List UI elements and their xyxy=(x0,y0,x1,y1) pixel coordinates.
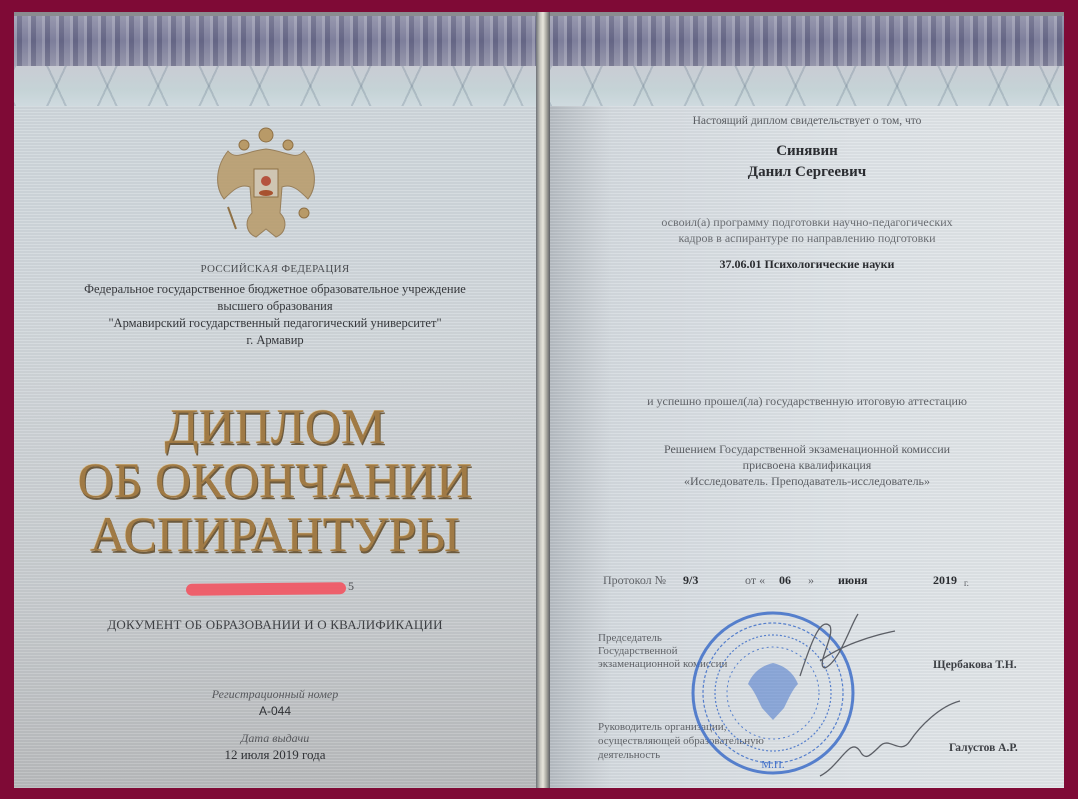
protocol-year: 2019 xyxy=(933,573,957,588)
program-text: освоил(а) программу подготовки научно-пе… xyxy=(550,215,1064,230)
protocol-from-label: от « xyxy=(745,573,765,588)
serial-number-tail: 5 xyxy=(348,579,354,594)
protocol-label: Протокол № xyxy=(603,573,666,588)
coat-of-arms-icon xyxy=(206,121,326,246)
chairman-title: Председатель xyxy=(598,632,662,645)
institution-line: "Армавирский государственный педагогичес… xyxy=(14,316,536,331)
diploma-title-line: ОБ ОКОНЧАНИИ xyxy=(14,452,536,508)
institution-line: Федеральное государственное бюджетное об… xyxy=(14,282,536,297)
issue-date: 12 июля 2019 года xyxy=(14,747,536,763)
institution-line: высшего образования xyxy=(14,299,536,314)
chairman-title: Государственной xyxy=(598,645,678,658)
registration-label: Регистрационный номер xyxy=(14,687,536,702)
diploma-photo: РОССИЙСКАЯ ФЕДЕРАЦИЯ Федеральное государ… xyxy=(14,12,1064,788)
decorative-guilloche xyxy=(14,66,536,106)
protocol-day-close: » xyxy=(808,573,814,588)
diploma-title-line: АСПИРАНТУРЫ xyxy=(14,506,536,562)
protocol-year-suffix: г. xyxy=(964,578,969,588)
intro-text: Настоящий диплом свидетельствует о том, … xyxy=(550,115,1064,127)
chairman-name: Щербакова Т.Н. xyxy=(933,659,1017,671)
diploma-left-page: РОССИЙСКАЯ ФЕДЕРАЦИЯ Федеральное государ… xyxy=(14,16,536,788)
book-spine xyxy=(536,12,550,788)
issue-date-label: Дата выдачи xyxy=(14,731,536,746)
qualification: «Исследователь. Преподаватель-исследоват… xyxy=(550,474,1064,489)
decision-text: Решением Государственной экзаменационной… xyxy=(550,442,1064,457)
specialty: 37.06.01 Психологические науки xyxy=(550,257,1064,272)
decision-text: присвоена квалификация xyxy=(550,458,1064,473)
head-signature-icon xyxy=(810,696,970,786)
head-title: деятельность xyxy=(598,749,660,762)
document-type: ДОКУМЕНТ ОБ ОБРАЗОВАНИИ И О КВАЛИФИКАЦИИ xyxy=(14,617,536,633)
protocol-number: 9/3 xyxy=(683,573,698,588)
attestation-text: и успешно прошел(ла) государственную ито… xyxy=(550,394,1064,409)
svg-text:М.П.: М.П. xyxy=(761,759,784,771)
graduate-surname: Синявин xyxy=(550,143,1064,160)
diploma-title-line: ДИПЛОМ xyxy=(14,398,536,454)
protocol-day: 06 xyxy=(779,573,791,588)
protocol-month: июня xyxy=(838,573,868,588)
decorative-band xyxy=(550,16,1064,66)
program-text: кадров в аспирантуре по направлению подг… xyxy=(550,231,1064,246)
diploma-right-page: Настоящий диплом свидетельствует о том, … xyxy=(550,16,1064,788)
graduate-name: Данил Сергеевич xyxy=(550,164,1064,181)
decorative-band xyxy=(14,16,536,66)
decorative-guilloche xyxy=(550,66,1064,106)
registration-number: А-044 xyxy=(14,704,536,718)
serial-number-redaction xyxy=(186,582,346,596)
country-name: РОССИЙСКАЯ ФЕДЕРАЦИЯ xyxy=(14,263,536,275)
institution-city: г. Армавир xyxy=(14,333,536,348)
chairman-signature-icon xyxy=(780,606,900,686)
